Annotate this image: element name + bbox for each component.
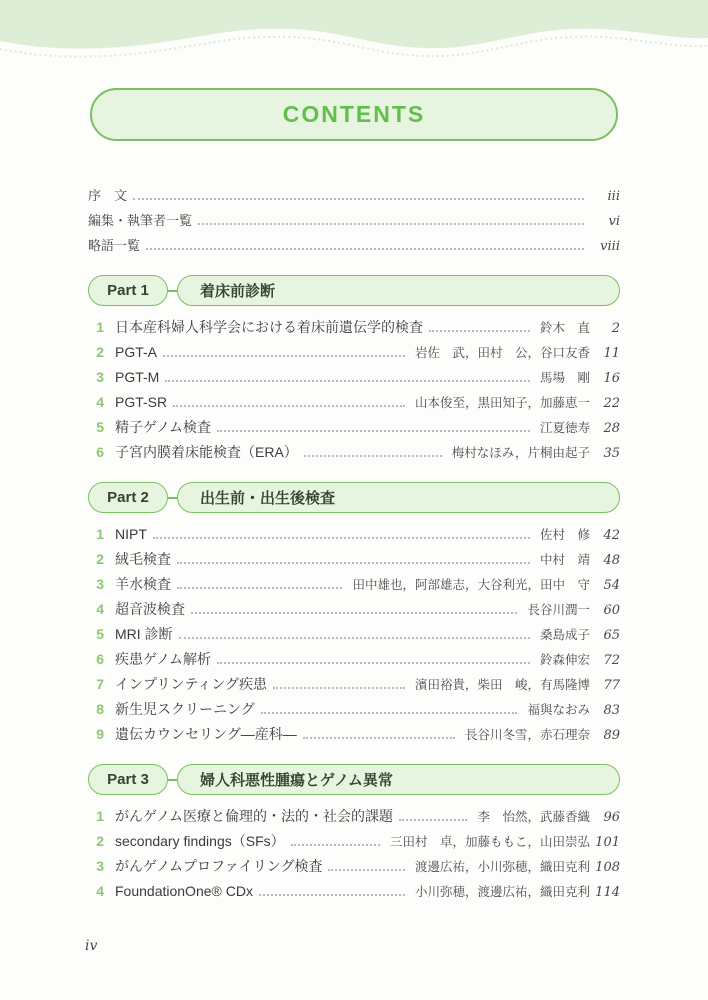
item-page-number: 48: [590, 554, 620, 567]
contents-title: CONTENTS: [283, 101, 426, 128]
toc-item-row: 4PGT-SR山本俊至，黒田知子，加藤恵一22: [88, 395, 620, 411]
dot-leader: [303, 736, 455, 739]
item-number: 2: [88, 345, 104, 359]
item-authors: 馬場 剛: [540, 372, 590, 385]
part-label-pill: Part 3: [88, 764, 168, 795]
item-number: 2: [88, 552, 104, 566]
toc-page: CONTENTS 序 文iii編集・執筆者一覧vi略語一覧viii Part 1…: [0, 0, 708, 1000]
item-title: PGT-M: [115, 370, 159, 384]
part-connector: [168, 779, 177, 781]
part-item-list: 1がんゲノム医療と倫理的・法的・社会的課題李 怡然，武藤香織962seconda…: [88, 809, 620, 900]
item-page-number: 89: [590, 729, 620, 742]
frontmatter-list: 序 文iii編集・執筆者一覧vi略語一覧viii: [88, 189, 620, 254]
contents-title-pill: CONTENTS: [90, 88, 618, 141]
dot-leader: [217, 661, 530, 664]
item-authors: 江夏徳寿: [540, 422, 590, 435]
dot-leader: [399, 818, 467, 821]
item-title: 日本産科婦人科学会における着床前遺伝学的検査: [115, 320, 423, 334]
toc-item-row: 1日本産科婦人科学会における着床前遺伝学的検査鈴木 直2: [88, 320, 620, 336]
dot-leader: [328, 868, 405, 871]
part-label-pill: Part 2: [88, 482, 168, 513]
item-title: secondary findings（SFs）: [115, 834, 285, 848]
toc-item-row: 6疾患ゲノム解析鈴森伸宏72: [88, 652, 620, 668]
frontmatter-page-number: viii: [590, 240, 620, 253]
dot-leader: [177, 586, 342, 589]
part-connector: [168, 290, 177, 292]
toc-item-row: 8新生児スクリーニング福與なおみ83: [88, 702, 620, 718]
wave-band: [0, 0, 708, 49]
item-number: 6: [88, 652, 104, 666]
item-number: 6: [88, 445, 104, 459]
toc-body: 序 文iii編集・執筆者一覧vi略語一覧viii Part 1着床前診断1日本産…: [88, 189, 620, 900]
part-item-list: 1日本産科婦人科学会における着床前遺伝学的検査鈴木 直22PGT-A岩佐 武，田…: [88, 320, 620, 461]
dot-leader: [198, 222, 584, 225]
item-title: MRI 診断: [115, 627, 173, 641]
item-page-number: 114: [590, 886, 620, 899]
dot-leader: [191, 611, 517, 614]
item-authors: 岩佐 武，田村 公，谷口友香: [415, 347, 590, 360]
item-title: 精子ゲノム検査: [115, 420, 211, 434]
item-title: インプリンティング疾患: [115, 677, 267, 691]
item-number: 5: [88, 627, 104, 641]
toc-item-row: 6子宮内膜着床能検査（ERA）梅村なほみ，片桐由起子35: [88, 445, 620, 461]
toc-item-row: 3羊水検査田中雄也，阿部雄志，大谷利光，田中 守54: [88, 577, 620, 593]
page-number-footer: iv: [85, 938, 97, 954]
item-authors: 濱田裕貴，柴田 峻，有馬隆博: [415, 679, 590, 692]
item-page-number: 60: [590, 604, 620, 617]
item-title: PGT-SR: [115, 395, 167, 409]
item-page-number: 22: [590, 397, 620, 410]
item-number: 1: [88, 809, 104, 823]
frontmatter-label: 略語一覧: [88, 239, 140, 252]
item-number: 7: [88, 677, 104, 691]
toc-item-row: 3PGT-M馬場 剛16: [88, 370, 620, 386]
dot-leader: [179, 636, 530, 639]
item-number: 9: [88, 727, 104, 741]
item-authors: 山本俊至，黒田知子，加藤恵一: [415, 397, 590, 410]
part-section: Part 1着床前診断1日本産科婦人科学会における着床前遺伝学的検査鈴木 直22…: [88, 275, 620, 461]
parts-container: Part 1着床前診断1日本産科婦人科学会における着床前遺伝学的検査鈴木 直22…: [88, 275, 620, 900]
item-title: FoundationOne® CDx: [115, 884, 253, 898]
item-title: 超音波検査: [115, 602, 185, 616]
dot-leader: [173, 404, 405, 407]
item-page-number: 54: [590, 579, 620, 592]
item-number: 3: [88, 577, 104, 591]
dot-leader: [153, 536, 530, 539]
item-authors: 三田村 卓，加藤ももこ，山田崇弘: [390, 836, 590, 849]
part-label-pill: Part 1: [88, 275, 168, 306]
item-number: 4: [88, 602, 104, 616]
toc-item-row: 4FoundationOne® CDx小川弥穂，渡邊広祐，織田克利114: [88, 884, 620, 900]
top-wave-decoration: [0, 0, 708, 60]
toc-item-row: 9遺伝カウンセリング―産科―長谷川冬雪，赤石理奈89: [88, 727, 620, 743]
item-authors: 梅村なほみ，片桐由起子: [452, 447, 590, 460]
item-title: 羊水検査: [115, 577, 171, 591]
item-title: がんゲノムプロファイリング検査: [115, 859, 322, 873]
item-authors: 中村 靖: [540, 554, 590, 567]
item-authors: 田中雄也，阿部雄志，大谷利光，田中 守: [352, 579, 590, 592]
item-page-number: 2: [590, 322, 620, 335]
item-authors: 鈴森伸宏: [540, 654, 590, 667]
frontmatter-row: 編集・執筆者一覧vi: [88, 214, 620, 229]
frontmatter-label: 編集・執筆者一覧: [88, 214, 192, 227]
part-header: Part 3婦人科悪性腫瘍とゲノム異常: [88, 764, 620, 795]
dot-leader: [165, 379, 530, 382]
dot-leader: [259, 893, 405, 896]
part-section: Part 2出生前・出生後検査1NIPT佐村 修422絨毛検査中村 靖483羊水…: [88, 482, 620, 743]
part-section: Part 3婦人科悪性腫瘍とゲノム異常1がんゲノム医療と倫理的・法的・社会的課題…: [88, 764, 620, 900]
toc-item-row: 1NIPT佐村 修42: [88, 527, 620, 543]
item-authors: 小川弥穂，渡邊広祐，織田克利: [415, 886, 590, 899]
item-title: 新生児スクリーニング: [115, 702, 255, 716]
frontmatter-label: 序 文: [88, 189, 127, 202]
item-page-number: 96: [590, 811, 620, 824]
toc-item-row: 1がんゲノム医療と倫理的・法的・社会的課題李 怡然，武藤香織96: [88, 809, 620, 825]
item-authors: 李 怡然，武藤香織: [477, 811, 590, 824]
item-number: 3: [88, 370, 104, 384]
toc-item-row: 5MRI 診断桑島成子65: [88, 627, 620, 643]
item-number: 5: [88, 420, 104, 434]
item-number: 4: [88, 884, 104, 898]
item-page-number: 65: [590, 629, 620, 642]
item-title: 遺伝カウンセリング―産科―: [115, 727, 297, 741]
item-title: PGT-A: [115, 345, 157, 359]
dot-leader: [291, 843, 380, 846]
item-authors: 桑島成子: [540, 629, 590, 642]
wave-svg: [0, 0, 708, 60]
dot-leader: [146, 247, 584, 250]
frontmatter-row: 略語一覧viii: [88, 239, 620, 254]
item-title: がんゲノム医療と倫理的・法的・社会的課題: [115, 809, 393, 823]
frontmatter-page-number: iii: [590, 190, 620, 203]
dot-leader: [217, 429, 530, 432]
dot-leader: [177, 561, 530, 564]
item-title: 絨毛検査: [115, 552, 171, 566]
item-number: 2: [88, 834, 104, 848]
toc-item-row: 7インプリンティング疾患濱田裕貴，柴田 峻，有馬隆博77: [88, 677, 620, 693]
item-number: 8: [88, 702, 104, 716]
frontmatter-row: 序 文iii: [88, 189, 620, 204]
item-page-number: 28: [590, 422, 620, 435]
dot-leader: [163, 354, 405, 357]
item-title: NIPT: [115, 527, 147, 541]
dot-leader: [429, 329, 530, 332]
item-page-number: 108: [590, 861, 620, 874]
item-page-number: 77: [590, 679, 620, 692]
item-number: 1: [88, 320, 104, 334]
toc-item-row: 2PGT-A岩佐 武，田村 公，谷口友香11: [88, 345, 620, 361]
toc-item-row: 2secondary findings（SFs）三田村 卓，加藤ももこ，山田崇弘…: [88, 834, 620, 850]
item-page-number: 42: [590, 529, 620, 542]
dot-leader: [273, 686, 405, 689]
item-title: 子宮内膜着床能検査（ERA）: [115, 445, 298, 459]
item-number: 1: [88, 527, 104, 541]
item-authors: 佐村 修: [540, 529, 590, 542]
item-page-number: 101: [590, 836, 620, 849]
part-connector: [168, 497, 177, 499]
item-number: 3: [88, 859, 104, 873]
item-title: 疾患ゲノム解析: [115, 652, 211, 666]
item-page-number: 35: [590, 447, 620, 460]
item-page-number: 83: [590, 704, 620, 717]
part-item-list: 1NIPT佐村 修422絨毛検査中村 靖483羊水検査田中雄也，阿部雄志，大谷利…: [88, 527, 620, 743]
item-page-number: 16: [590, 372, 620, 385]
part-title-pill: 着床前診断: [177, 275, 620, 306]
dot-leader: [304, 454, 442, 457]
toc-item-row: 3がんゲノムプロファイリング検査渡邊広祐，小川弥穂，織田克利108: [88, 859, 620, 875]
item-page-number: 72: [590, 654, 620, 667]
part-title-pill: 出生前・出生後検査: [177, 482, 620, 513]
item-authors: 長谷川冬雪，赤石理奈: [465, 729, 590, 742]
toc-item-row: 2絨毛検査中村 靖48: [88, 552, 620, 568]
frontmatter-page-number: vi: [590, 215, 620, 228]
toc-item-row: 4超音波検査長谷川潤一60: [88, 602, 620, 618]
item-authors: 福與なおみ: [527, 704, 590, 717]
dot-leader: [133, 197, 584, 200]
part-title-pill: 婦人科悪性腫瘍とゲノム異常: [177, 764, 620, 795]
item-authors: 渡邊広祐，小川弥穂，織田克利: [415, 861, 590, 874]
item-number: 4: [88, 395, 104, 409]
item-page-number: 11: [590, 347, 620, 360]
dot-leader: [261, 711, 518, 714]
part-header: Part 1着床前診断: [88, 275, 620, 306]
item-authors: 鈴木 直: [540, 322, 590, 335]
toc-item-row: 5精子ゲノム検査江夏徳寿28: [88, 420, 620, 436]
item-authors: 長谷川潤一: [527, 604, 590, 617]
part-header: Part 2出生前・出生後検査: [88, 482, 620, 513]
